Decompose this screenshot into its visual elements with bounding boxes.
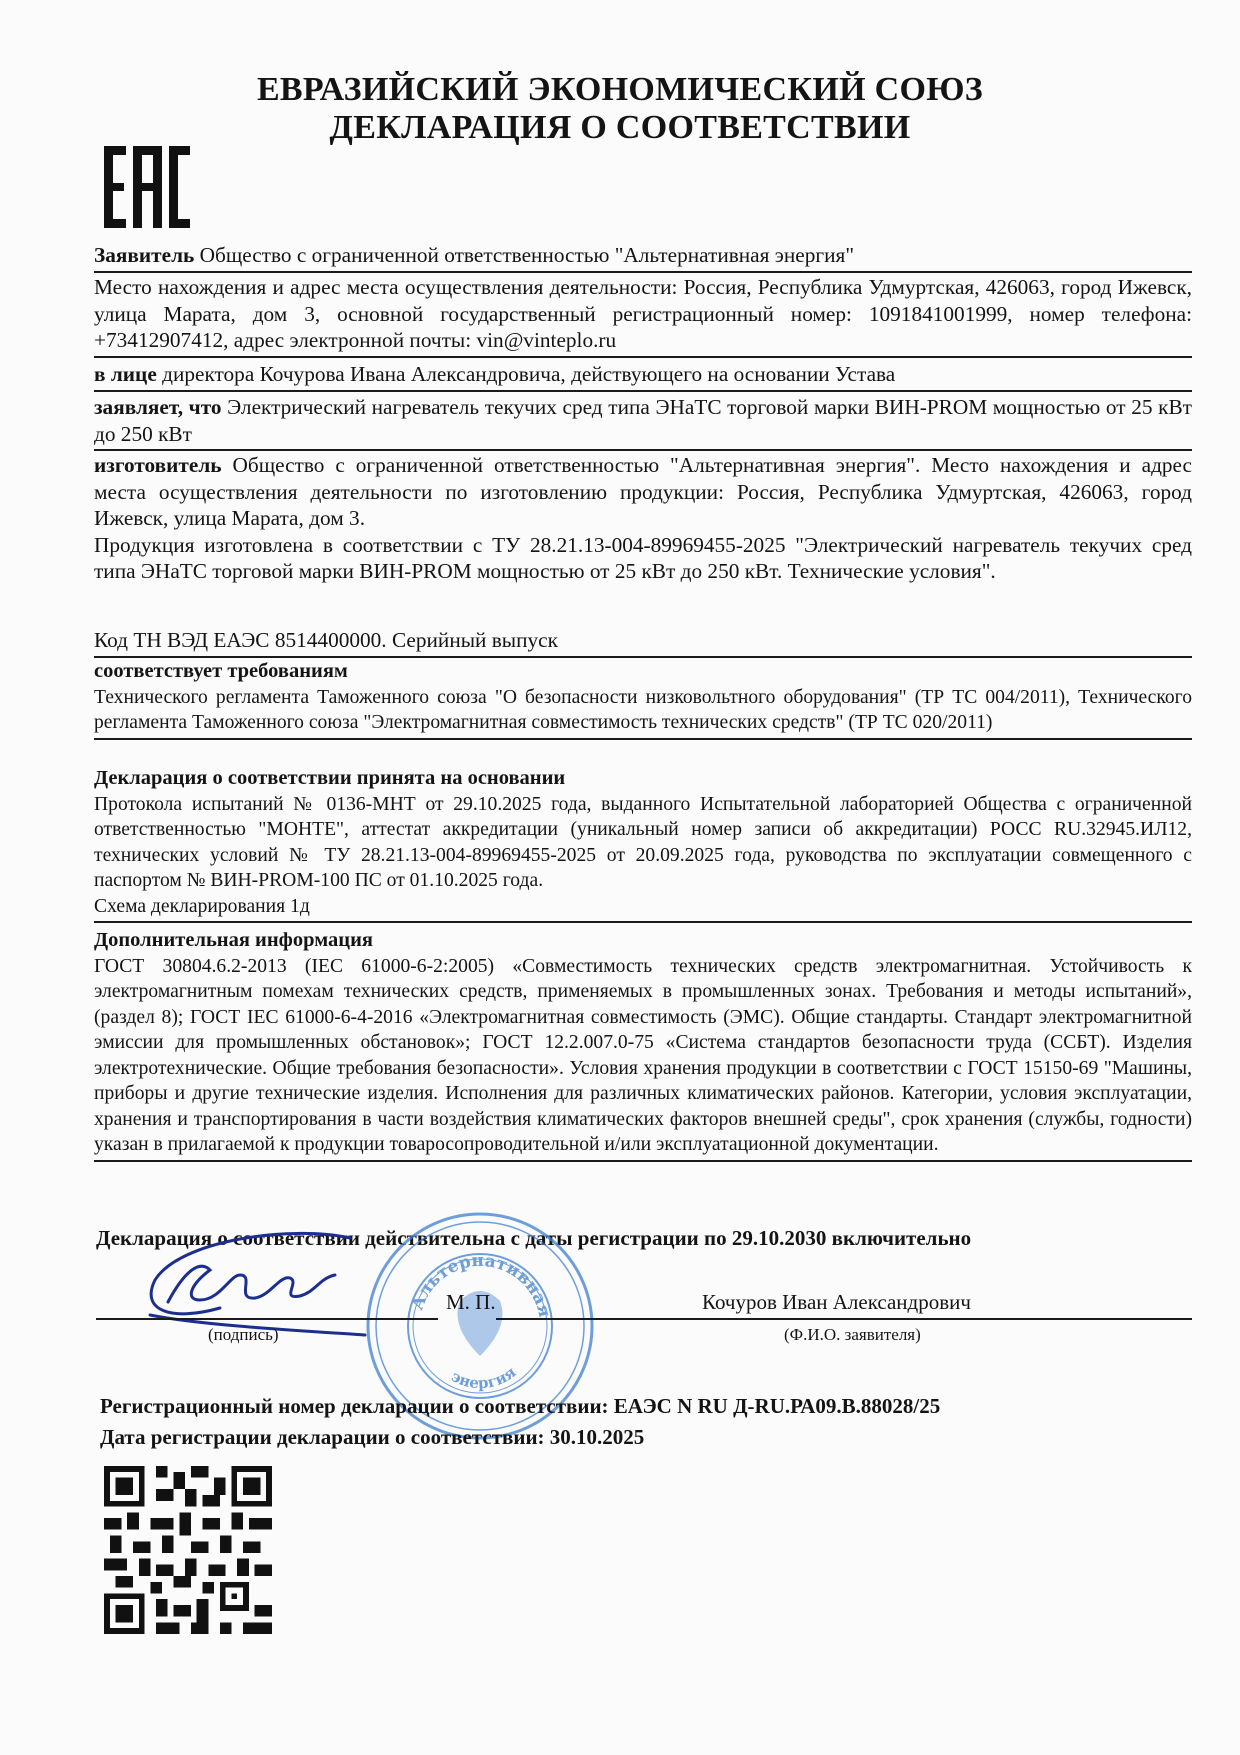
name-line	[496, 1318, 1192, 1320]
hs-code-line: Код ТН ВЭД ЕАЭС 8514400000. Серийный вып…	[94, 627, 1192, 658]
declares-block: заявляет, что Электрический нагреватель …	[94, 394, 1192, 451]
svg-text:энергия: энергия	[448, 1363, 519, 1392]
manufacturer-spec: Продукция изготовлена в соответствии с Т…	[94, 532, 1192, 585]
signature-scribble	[140, 1230, 370, 1340]
basis-text: Протокола испытаний № 0136-МНТ от 29.10.…	[94, 792, 1192, 894]
declares-label: заявляет, что	[94, 395, 222, 419]
requirements-text: Технического регламента Таможенного союз…	[94, 685, 1192, 736]
requirements-block: соответствует требованиям Технического р…	[94, 659, 1192, 740]
eac-mark-icon	[104, 146, 190, 228]
applicant-address: Место нахождения и адрес места осуществл…	[94, 274, 1192, 358]
signature-caption: (подпись)	[208, 1325, 279, 1345]
title-declaration: ДЕКЛАРАЦИЯ О СООТВЕТСТВИИ	[0, 108, 1240, 148]
applicant-address-text: Место нахождения и адрес места осуществл…	[94, 274, 1192, 354]
basis-scheme: Схема декларирования 1д	[94, 894, 1192, 920]
stamp-bottom-text: энергия	[448, 1363, 519, 1392]
signer-name: Кочуров Иван Александрович	[702, 1290, 971, 1315]
basis-heading: Декларация о соответствии принята на осн…	[94, 766, 1192, 792]
stamp-place-label: М. П.	[446, 1290, 496, 1315]
manufacturer-text: Общество с ограниченной ответственностью…	[94, 453, 1192, 530]
hs-code-text: Код ТН ВЭД ЕАЭС 8514400000. Серийный вып…	[94, 627, 1192, 654]
signer-caption: (Ф.И.О. заявителя)	[784, 1325, 921, 1345]
basis-block: Декларация о соответствии принята на осн…	[94, 766, 1192, 923]
title-eaeu: ЕВРАЗИЙСКИЙ ЭКОНОМИЧЕСКИЙ СОЮЗ	[0, 70, 1240, 110]
representative-line: в лице директора Кочурова Ивана Александ…	[94, 361, 1192, 392]
representative-text: директора Кочурова Ивана Александровича,…	[157, 362, 895, 386]
manufacturer-label: изготовитель	[94, 453, 222, 477]
representative-label: в лице	[94, 362, 157, 386]
applicant-name: Общество с ограниченной ответственностью…	[194, 243, 854, 267]
registration-date: Дата регистрации декларации о соответств…	[100, 1425, 644, 1450]
applicant-line: Заявитель Общество с ограниченной ответс…	[94, 242, 1192, 273]
additional-text: ГОСТ 30804.6.2-2013 (IEC 61000-6-2:2005)…	[94, 954, 1192, 1158]
registration-number: Регистрационный номер декларации о соотв…	[100, 1394, 940, 1419]
qr-code[interactable]	[104, 1466, 272, 1634]
applicant-label: Заявитель	[94, 243, 194, 267]
additional-heading: Дополнительная информация	[94, 928, 1192, 954]
manufacturer-block: изготовитель Общество с ограниченной отв…	[94, 452, 1192, 585]
requirements-heading: соответствует требованиям	[94, 659, 1192, 685]
declares-text: Электрический нагреватель текучих сред т…	[94, 395, 1192, 446]
signature-line	[96, 1318, 438, 1320]
additional-block: Дополнительная информация ГОСТ 30804.6.2…	[94, 928, 1192, 1162]
